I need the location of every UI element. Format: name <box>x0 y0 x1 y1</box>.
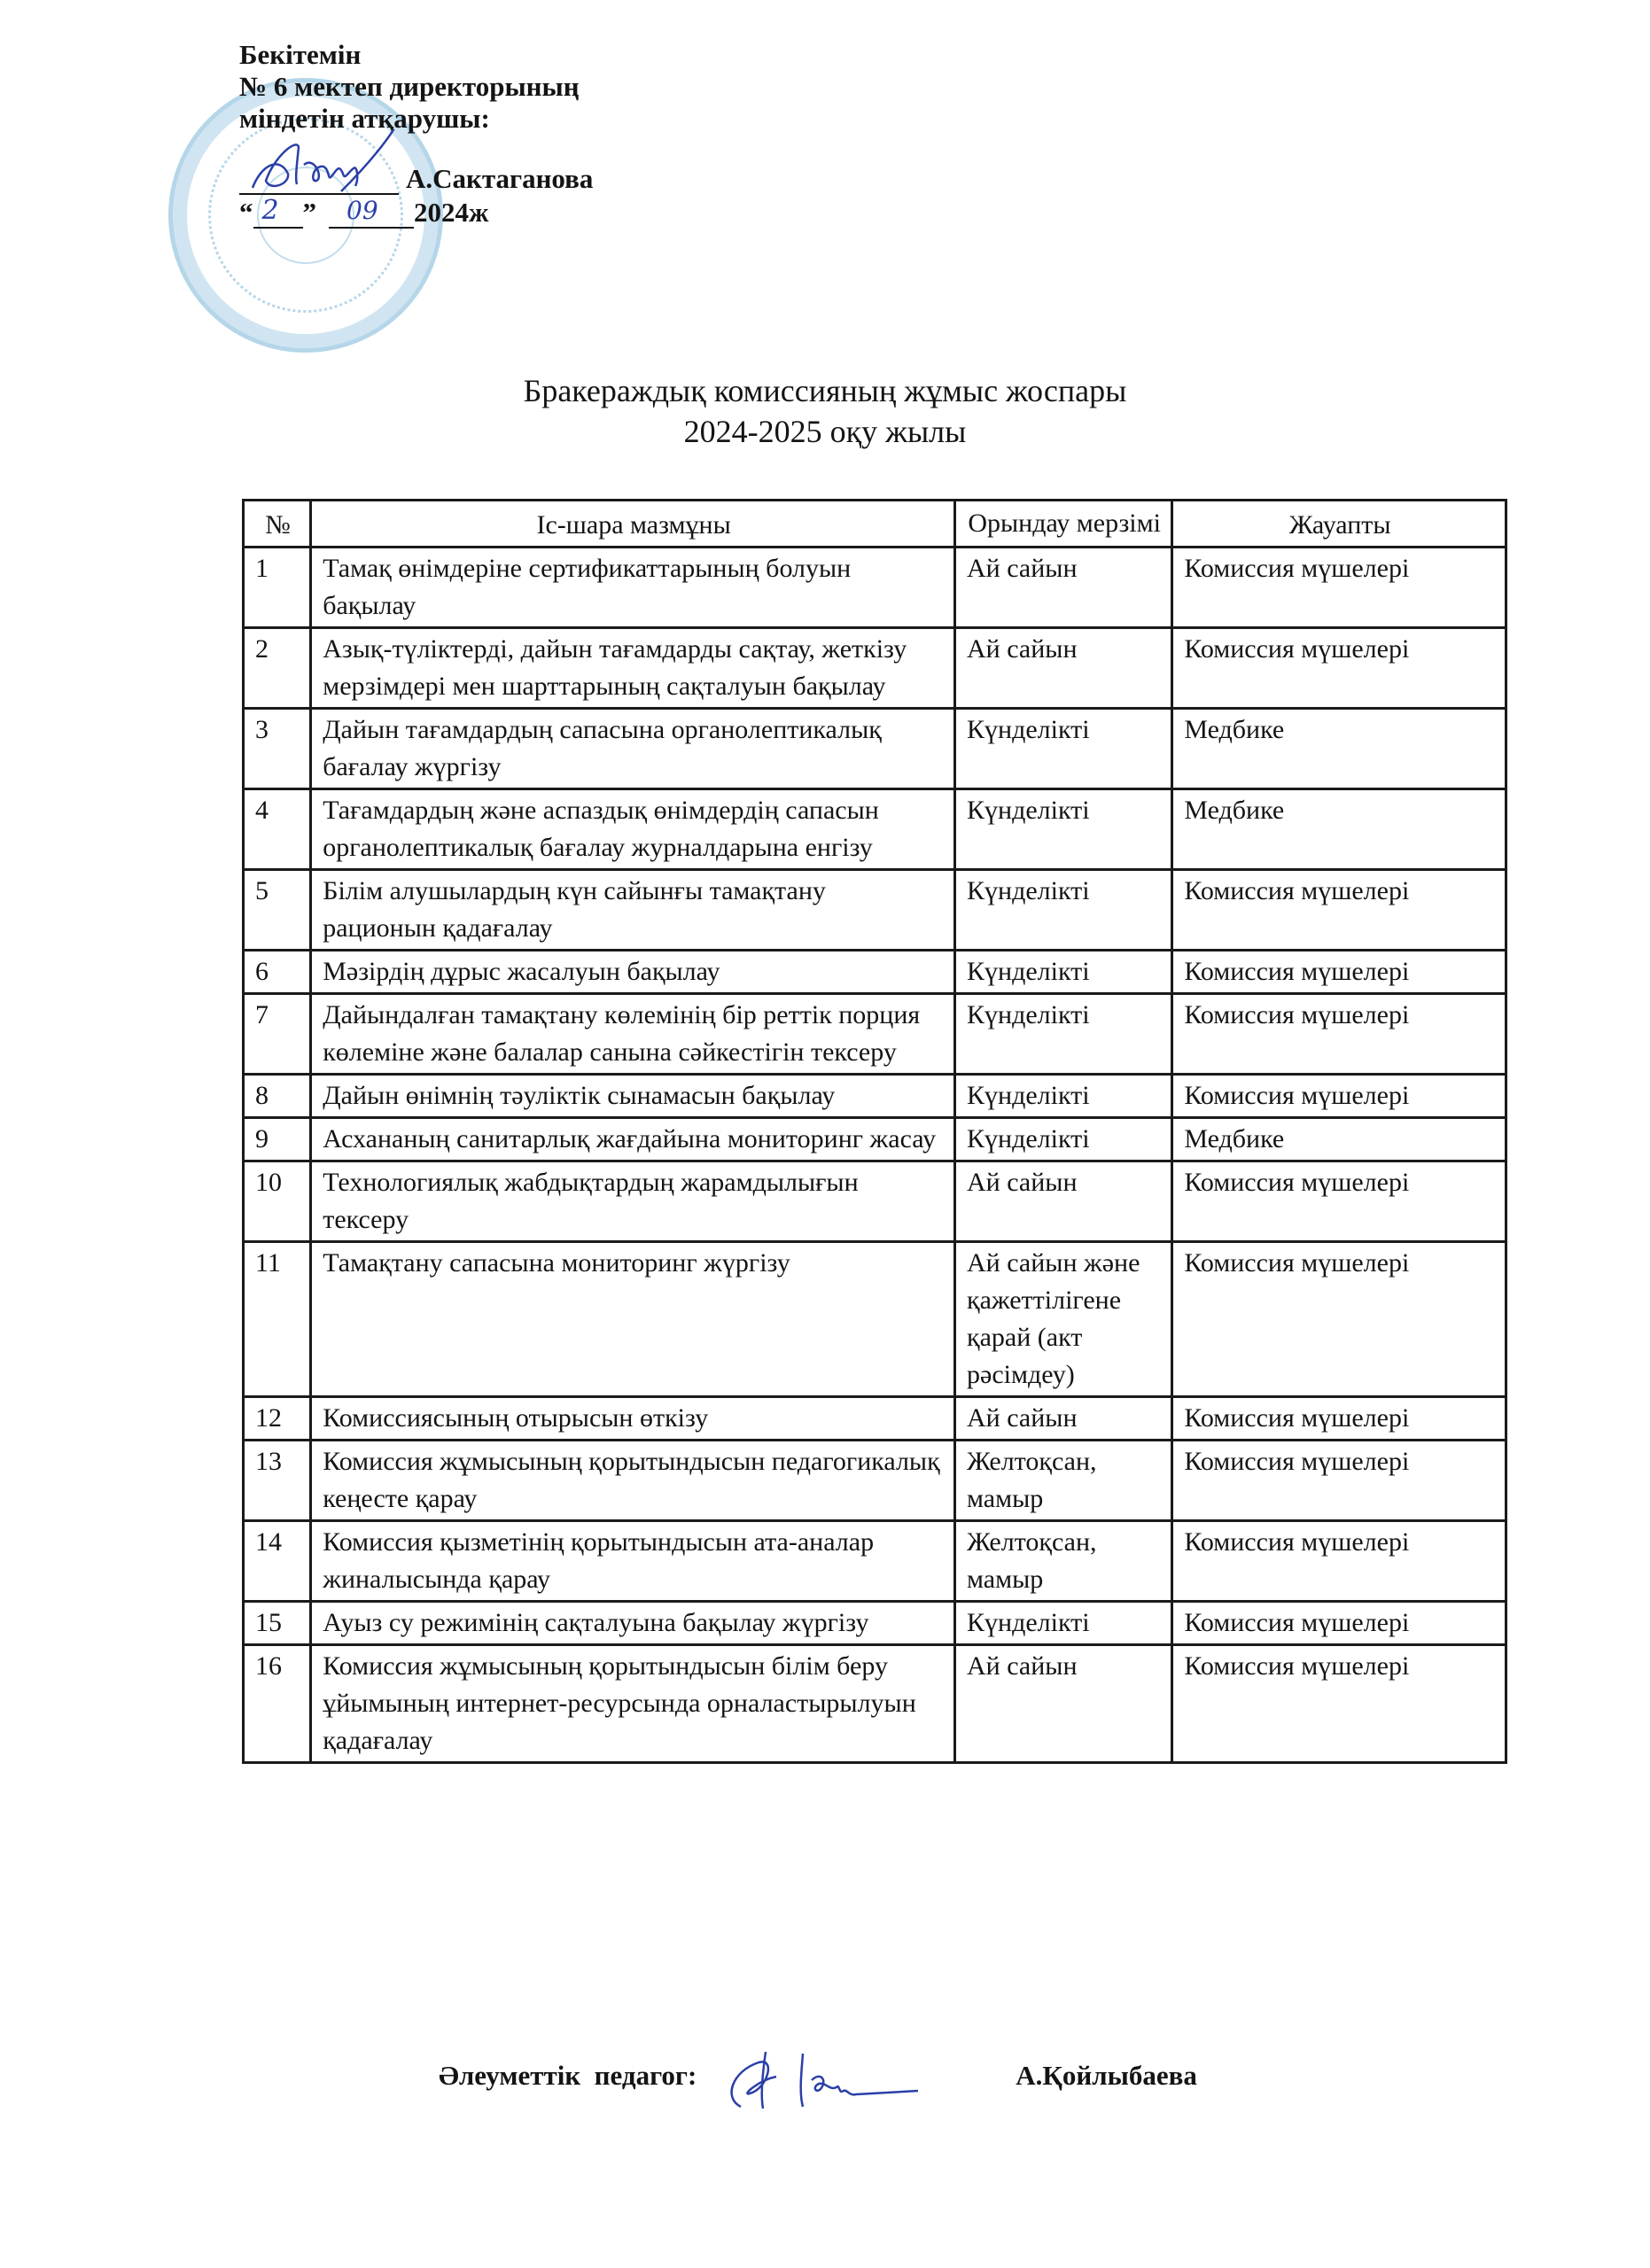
cell-responsible: Комиссия мүшелері <box>1172 1242 1506 1397</box>
approval-date-row: “ 2 ” 09 2024ж <box>239 195 593 229</box>
title-line-2: 2024-2025 оқу жылы <box>0 411 1650 452</box>
cell-num: 9 <box>244 1118 311 1161</box>
footer-signature: Әлеуметтік педагог: А.Қойлыбаева <box>439 2045 1197 2107</box>
cell-responsible: Комиссия мүшелері <box>1172 994 1506 1075</box>
cell-term: Желтоқсан, мамыр <box>955 1521 1172 1602</box>
cell-responsible: Медбике <box>1172 789 1506 870</box>
pedagogue-signature-icon <box>714 2045 945 2116</box>
cell-term: Күнделікті <box>955 951 1172 994</box>
cell-activity: Тағамдардың және аспаздық өнімдердің сап… <box>311 789 955 870</box>
director-signature-icon <box>235 129 412 200</box>
cell-responsible: Медбике <box>1172 709 1506 789</box>
cell-num: 1 <box>244 548 311 628</box>
cell-num: 14 <box>244 1521 311 1602</box>
cell-num: 10 <box>244 1161 311 1242</box>
cell-activity: Комиссия жұмысының қорытындысын білім бе… <box>311 1645 955 1763</box>
cell-responsible: Медбике <box>1172 1118 1506 1161</box>
cell-num: 3 <box>244 709 311 789</box>
cell-num: 15 <box>244 1602 311 1645</box>
table-row: 6Мәзірдің дұрыс жасалуын бақылауКүнделік… <box>244 951 1506 994</box>
cell-num: 6 <box>244 951 311 994</box>
table-row: 8Дайын өнімнің тәуліктік сынамасын бақыл… <box>244 1075 1506 1118</box>
cell-activity: Тамақтану сапасына мониторинг жүргізу <box>311 1242 955 1397</box>
table-row: 12Комиссиясының отырысын өткізуАй сайынК… <box>244 1397 1506 1441</box>
cell-activity: Тамақ өнімдеріне сертификаттарының болуы… <box>311 548 955 628</box>
cell-term: Күнделікті <box>955 870 1172 951</box>
cell-num: 8 <box>244 1075 311 1118</box>
table-row: 5Білім алушылардың күн сайынғы тамақтану… <box>244 870 1506 951</box>
cell-responsible: Комиссия мүшелері <box>1172 1161 1506 1242</box>
footer-role: Әлеуметтік педагог: <box>439 2060 697 2092</box>
cell-num: 2 <box>244 628 311 709</box>
table-row: 16Комиссия жұмысының қорытындысын білім … <box>244 1645 1506 1763</box>
cell-responsible: Комиссия мүшелері <box>1172 1075 1506 1118</box>
cell-responsible: Комиссия мүшелері <box>1172 548 1506 628</box>
table-row: 9Асхананың санитарлық жағдайына монитори… <box>244 1118 1506 1161</box>
cell-term: Ай сайын <box>955 628 1172 709</box>
cell-responsible: Комиссия мүшелері <box>1172 1397 1506 1441</box>
cell-activity: Азық-түліктерді, дайын тағамдарды сақтау… <box>311 628 955 709</box>
document-title: Бракераждық комиссияның жұмыс жоспары 20… <box>0 370 1650 452</box>
table-body: 1Тамақ өнімдеріне сертификаттарының болу… <box>244 548 1506 1763</box>
cell-term: Күнделікті <box>955 1118 1172 1161</box>
date-open-quote: “ <box>239 197 253 229</box>
cell-activity: Дайын тағамдардың сапасына органолептика… <box>311 709 955 789</box>
table-row: 4Тағамдардың және аспаздық өнімдердің са… <box>244 789 1506 870</box>
cell-num: 13 <box>244 1441 311 1521</box>
cell-num: 7 <box>244 994 311 1075</box>
approval-signatory: А.Сактаганова <box>406 163 593 195</box>
cell-activity: Мәзірдің дұрыс жасалуын бақылау <box>311 951 955 994</box>
cell-term: Ай сайын <box>955 548 1172 628</box>
cell-activity: Дайындалған тамақтану көлемінің бір ретт… <box>311 994 955 1075</box>
table-row: 7Дайындалған тамақтану көлемінің бір рет… <box>244 994 1506 1075</box>
cell-num: 12 <box>244 1397 311 1441</box>
work-plan-table: № Іс-шара мазмұны Орындау мерзімі Жауапт… <box>242 499 1507 1764</box>
date-day: 2 <box>262 195 279 227</box>
date-year: 2024ж <box>414 197 488 229</box>
header-num: № <box>244 501 311 548</box>
date-close-quote: ” <box>303 197 317 229</box>
cell-num: 11 <box>244 1242 311 1397</box>
cell-term: Желтоқсан, мамыр <box>955 1441 1172 1521</box>
footer-signature-mark <box>714 2045 945 2107</box>
table-row: 13Комиссия жұмысының қорытындысын педаго… <box>244 1441 1506 1521</box>
cell-term: Ай сайын <box>955 1397 1172 1441</box>
table-row: 3Дайын тағамдардың сапасына органолептик… <box>244 709 1506 789</box>
table-row: 15Ауыз су режимінің сақталуына бақылау ж… <box>244 1602 1506 1645</box>
cell-term: Күнделікті <box>955 709 1172 789</box>
cell-term: Күнделікті <box>955 789 1172 870</box>
date-month: 09 <box>346 195 378 227</box>
approval-block: Бекітемін № 6 мектеп директорының міндет… <box>239 39 593 229</box>
cell-activity: Білім алушылардың күн сайынғы тамақтану … <box>311 870 955 951</box>
cell-responsible: Комиссия мүшелері <box>1172 1441 1506 1521</box>
table-row: 14Комиссия қызметінің қорытындысын ата-а… <box>244 1521 1506 1602</box>
cell-activity: Ауыз су режимінің сақталуына бақылау жүр… <box>311 1602 955 1645</box>
table-row: 11Тамақтану сапасына мониторинг жүргізуА… <box>244 1242 1506 1397</box>
header-activity: Іс-шара мазмұны <box>311 501 955 548</box>
approval-heading: Бекітемін <box>239 39 593 71</box>
cell-activity: Асхананың санитарлық жағдайына мониторин… <box>311 1118 955 1161</box>
cell-term: Күнделікті <box>955 1602 1172 1645</box>
cell-activity: Дайын өнімнің тәуліктік сынамасын бақыла… <box>311 1075 955 1118</box>
table-row: 2Азық-түліктерді, дайын тағамдарды сақта… <box>244 628 1506 709</box>
cell-responsible: Комиссия мүшелері <box>1172 951 1506 994</box>
date-month-field: 09 <box>329 198 414 229</box>
cell-responsible: Комиссия мүшелері <box>1172 1602 1506 1645</box>
table-row: 1Тамақ өнімдеріне сертификаттарының болу… <box>244 548 1506 628</box>
cell-term: Ай сайын және қажеттілігене қарай (акт р… <box>955 1242 1172 1397</box>
cell-responsible: Комиссия мүшелері <box>1172 1521 1506 1602</box>
cell-term: Күнделікті <box>955 1075 1172 1118</box>
cell-num: 16 <box>244 1645 311 1763</box>
footer-name: А.Қойлыбаева <box>1016 2060 1197 2092</box>
cell-num: 5 <box>244 870 311 951</box>
cell-term: Күнделікті <box>955 994 1172 1075</box>
signature-line <box>239 163 399 195</box>
approval-signature-row: А.Сактаганова <box>239 161 593 195</box>
cell-activity: Комиссиясының отырысын өткізу <box>311 1397 955 1441</box>
cell-responsible: Комиссия мүшелері <box>1172 1645 1506 1763</box>
cell-activity: Технологиялық жабдықтардың жарамдылығын … <box>311 1161 955 1242</box>
header-responsible: Жауапты <box>1172 501 1506 548</box>
date-day-field: 2 <box>253 198 303 229</box>
cell-responsible: Комиссия мүшелері <box>1172 870 1506 951</box>
cell-activity: Комиссия қызметінің қорытындысын ата-ана… <box>311 1521 955 1602</box>
cell-term: Ай сайын <box>955 1161 1172 1242</box>
title-line-1: Бракераждық комиссияның жұмыс жоспары <box>0 370 1650 411</box>
cell-activity: Комиссия жұмысының қорытындысын педагоги… <box>311 1441 955 1521</box>
cell-responsible: Комиссия мүшелері <box>1172 628 1506 709</box>
cell-term: Ай сайын <box>955 1645 1172 1763</box>
cell-num: 4 <box>244 789 311 870</box>
table-header-row: № Іс-шара мазмұны Орындау мерзімі Жауапт… <box>244 501 1506 548</box>
header-term: Орындау мерзімі <box>955 501 1172 548</box>
table-row: 10Технологиялық жабдықтардың жарамдылығы… <box>244 1161 1506 1242</box>
approval-position: № 6 мектеп директорының <box>239 71 593 103</box>
